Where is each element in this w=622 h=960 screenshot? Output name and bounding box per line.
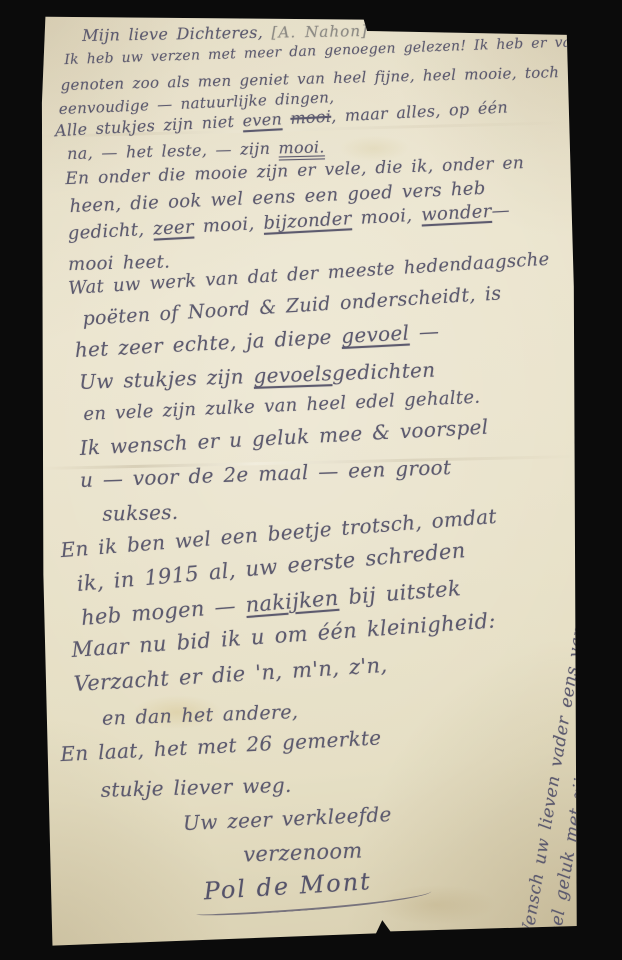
letter-text: gevoels (253, 361, 332, 388)
letter-line: na, — het leste, — zijn mooi. (67, 137, 325, 163)
margin-note: Wensch uw lieven vader eens van mij veel… (514, 525, 580, 948)
letter-text: mooi (290, 107, 332, 128)
letter-text: — (491, 200, 510, 222)
letter-text: heb mogen — (80, 593, 246, 630)
photo-of-handwritten-letter: Mijn lieve Dichteres, [A. Nahon]Ik heb u… (0, 0, 622, 960)
letter-text: bij uitstek (338, 576, 462, 610)
letter-text: Uw zeer verkleefde (182, 802, 392, 835)
letter-text: wonder (421, 201, 492, 226)
letter-text: mooi, (351, 205, 422, 230)
letter-text: nakijken (245, 586, 340, 617)
letter-line: Uw stukjes zijn gevoelsgedichten (79, 358, 436, 394)
letter-text: het zeer echte, ja diepe (74, 324, 342, 362)
letter-text: Uw stukjes zijn (79, 364, 254, 394)
letter-line: Verzacht er die 'n, m'n, z'n, (73, 653, 388, 696)
letter-text: stukje liever weg. (100, 773, 291, 802)
letter-text: zeer (153, 217, 195, 240)
letter-text: mooi heet. (68, 251, 171, 275)
letter-text: En laat, het met 26 gemerkte (60, 725, 382, 766)
letter-text: gedicht, (67, 219, 153, 244)
letter-text: Verzacht er die 'n, m'n, z'n, (73, 653, 388, 696)
letter-line: mooi heet. (68, 251, 171, 275)
letter-text: verzenoom (243, 838, 363, 866)
letter-line: en dan het andere, (102, 701, 299, 730)
letter-text: , maar alles, op één (331, 97, 509, 125)
letter-text: u — voor de 2e maal — een groot (80, 455, 452, 492)
letter-text: mooi. (278, 137, 325, 157)
letter-line: u — voor de 2e maal — een groot (80, 455, 452, 492)
letter-paper: Mijn lieve Dichteres, [A. Nahon]Ik heb u… (38, 4, 580, 953)
letter-text: even (242, 109, 282, 130)
letter-line: stukje liever weg. (100, 773, 291, 802)
letter-line: sukses. (102, 500, 179, 526)
letter-text: gevoel (341, 321, 410, 349)
letter-line: Uw zeer verkleefde (182, 802, 392, 835)
letter-line: En laat, het met 26 gemerkte (60, 725, 382, 766)
pencil-annotation: [A. Nahon] (271, 22, 368, 42)
letter-text: mooi, (193, 213, 264, 238)
letter-text: Mijn lieve Dichteres, (82, 23, 272, 45)
letter-body: Mijn lieve Dichteres, [A. Nahon]Ik heb u… (38, 4, 572, 9)
letter-line: Mijn lieve Dichteres, [A. Nahon] (82, 21, 368, 45)
letter-text: gedichten (332, 358, 436, 386)
letter-text: — (409, 319, 440, 345)
letter-line: verzenoom (243, 838, 363, 866)
letter-text: na, — het leste, — zijn (67, 139, 279, 164)
letter-text: bijzonder (263, 208, 352, 234)
letter-text: en dan het andere, (102, 701, 299, 730)
letter-text: sukses. (102, 500, 179, 526)
